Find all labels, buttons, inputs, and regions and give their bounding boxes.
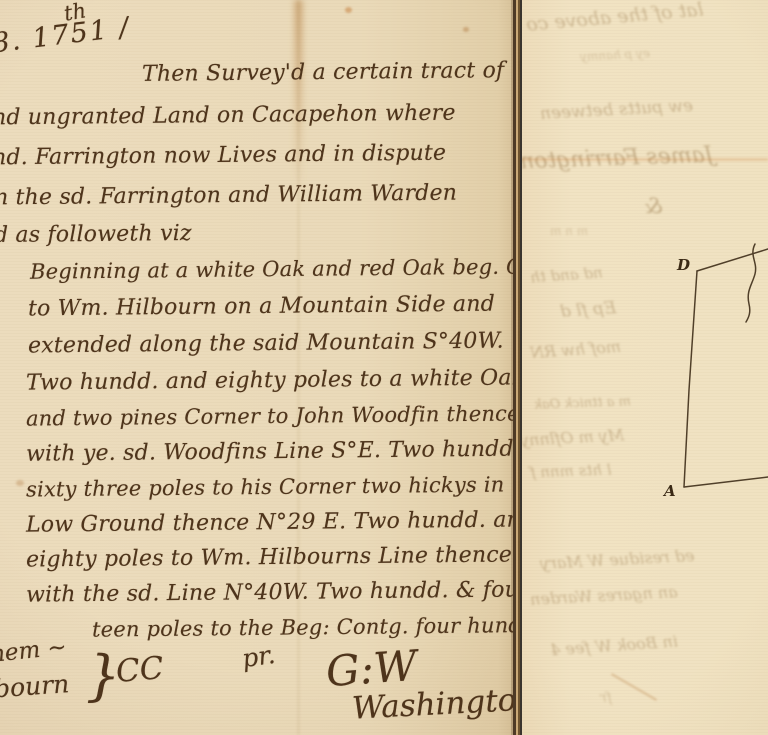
handwriting-line: and two pines Corner to John Woodfin the…	[26, 401, 513, 430]
handwriting-line: Two hundd. and eighty poles to a white O…	[26, 365, 513, 395]
foxing-speck	[16, 480, 24, 486]
margin-note-line: lbourn	[0, 669, 70, 704]
handwriting-line: d as followeth viz	[0, 221, 192, 248]
chain-carrier-initials: CC	[115, 650, 165, 690]
per-abbreviation: pr.	[240, 640, 277, 673]
handwriting-line: teen poles to the Beg: Contg. four hundd…	[92, 612, 513, 641]
plat-left-boundary	[684, 271, 697, 487]
handwriting-line: n the sd. Farrington and William Warden	[0, 181, 457, 211]
margin-note-line: nem ~	[0, 634, 68, 668]
handwriting-line: nd. Farrington now Lives and in dispute	[0, 141, 446, 171]
handwriting-line: Low Ground thence N°29 E. Two hundd. and	[26, 507, 513, 537]
foxing-speck	[463, 27, 469, 32]
handwriting-line: eighty poles to Wm. Hilbourns Line thenc…	[26, 542, 512, 572]
page-binding-edge	[511, 0, 522, 735]
handwriting-line: extended along the said Mountain S°40W.	[28, 329, 504, 359]
handwriting-line: Then Survey'd a certain tract of	[142, 58, 505, 87]
right-page: lat of the above co ey p hanmy ew putts …	[522, 0, 768, 735]
survey-plat-svg: D A	[522, 0, 768, 735]
plat-corner-label-d: D	[676, 256, 690, 274]
plat-bottom-boundary	[684, 477, 768, 487]
handwriting-line: with ye. sd. Woodfins Line S°E. Two hund…	[26, 436, 513, 466]
handwriting-line: sixty three poles to his Corner two hick…	[26, 472, 505, 501]
handwriting-line: Beginning at a white Oak and red Oak beg…	[30, 254, 513, 283]
handwriting-line: to Wm. Hilbourn on a Mountain Side and	[28, 292, 495, 322]
handwriting-line: with the sd. Line N°40W. Two hundd. & fo…	[26, 577, 513, 607]
date-line: 8. 1751 /	[0, 12, 132, 60]
manuscript-scan: th 8. 1751 / Then Survey'd a certain tra…	[0, 0, 768, 735]
plat-corner-label-a: A	[662, 482, 676, 500]
foxing-speck	[345, 7, 352, 13]
left-page: th 8. 1751 / Then Survey'd a certain tra…	[0, 0, 513, 735]
plat-top-boundary	[697, 249, 768, 271]
handwriting-line: nd ungranted Land on Cacapehon where	[0, 101, 456, 131]
